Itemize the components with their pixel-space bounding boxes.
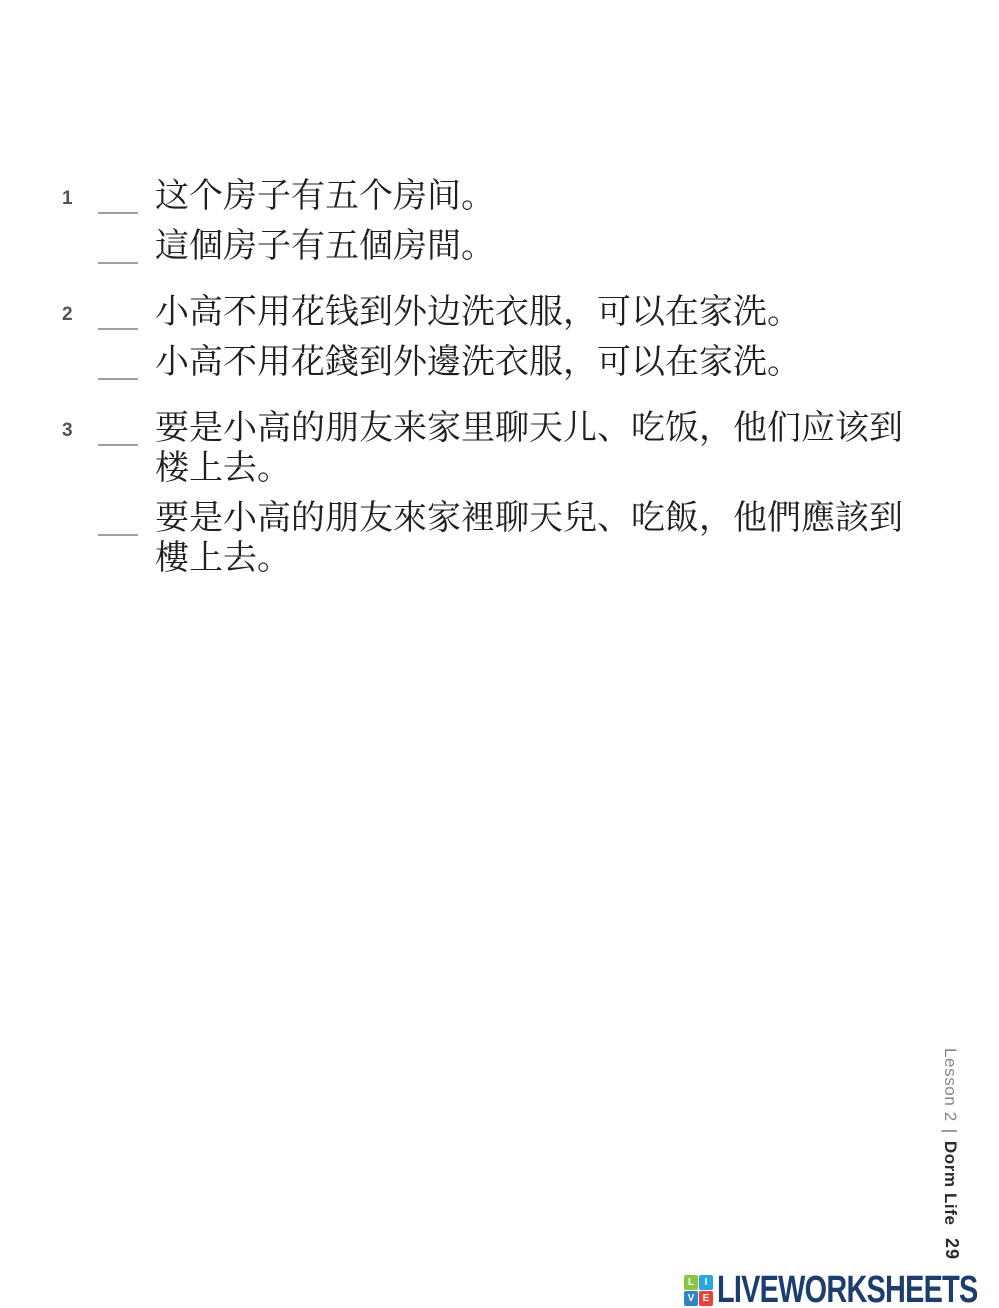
sentence-row-traditional: 要是小高的朋友來家裡聊天兒、吃飯，他們應該到樓上去。	[62, 498, 932, 578]
sentence-row-traditional: 小高不用花錢到外邊洗衣服，可以在家洗。	[62, 342, 932, 382]
liveworksheets-logo[interactable]: L I V E LIVEWORKSHEETS	[684, 1269, 999, 1308]
item-number-spacer	[62, 342, 98, 354]
sentence-traditional: 小高不用花錢到外邊洗衣服，可以在家洗。	[155, 342, 915, 382]
sentence-simplified: 要是小高的朋友来家里聊天儿、吃饭，他们应该到楼上去。	[155, 408, 915, 488]
sentence-simplified: 小高不用花钱到外边洗衣服，可以在家洗。	[155, 292, 915, 332]
item-number-spacer	[62, 498, 98, 510]
lesson-label: Lesson 2|Dorm Life	[940, 1048, 960, 1226]
logo-tile-l: L	[684, 1275, 698, 1290]
logo-tile-v: V	[684, 1291, 698, 1306]
sentence-traditional: 這個房子有五個房間。	[155, 226, 915, 266]
item-number-spacer	[62, 226, 98, 238]
answer-blank[interactable]	[98, 226, 138, 264]
liveworksheets-wordmark: LIVEWORKSHEETS	[717, 1269, 978, 1308]
exercise-item-2: 2 小高不用花钱到外边洗衣服，可以在家洗。 小高不用花錢到外邊洗衣服，可以在家洗…	[62, 292, 932, 382]
item-number: 3	[62, 408, 98, 442]
logo-tile-e: E	[699, 1291, 713, 1306]
item-number: 2	[62, 292, 98, 326]
lesson-number: Lesson 2	[941, 1048, 960, 1122]
sentence-row-traditional: 這個房子有五個房間。	[62, 226, 932, 266]
sentence-row-simplified: 3 要是小高的朋友来家里聊天儿、吃饭，他们应该到楼上去。	[62, 408, 932, 488]
sentence-traditional: 要是小高的朋友來家裡聊天兒、吃飯，他們應該到樓上去。	[155, 498, 915, 578]
lesson-title: Dorm Life	[941, 1141, 960, 1226]
answer-blank[interactable]	[98, 498, 138, 536]
sentence-row-simplified: 1 这个房子有五个房间。	[62, 176, 932, 216]
exercise-item-3: 3 要是小高的朋友来家里聊天儿、吃饭，他们应该到楼上去。 要是小高的朋友來家裡聊…	[62, 408, 932, 578]
answer-blank[interactable]	[98, 408, 138, 446]
worksheet-page: 1 这个房子有五个房间。 這個房子有五個房間。 2 小高不用花钱到外边洗衣服，可…	[0, 0, 999, 1308]
sentence-simplified: 这个房子有五个房间。	[155, 176, 915, 216]
liveworksheets-grid-icon: L I V E	[684, 1275, 713, 1306]
answer-blank[interactable]	[98, 292, 138, 330]
answer-blank[interactable]	[98, 176, 138, 214]
exercise-item-1: 1 这个房子有五个房间。 這個房子有五個房間。	[62, 176, 932, 266]
lesson-separator: |	[941, 1129, 960, 1134]
sentence-row-simplified: 2 小高不用花钱到外边洗衣服，可以在家洗。	[62, 292, 932, 332]
answer-blank[interactable]	[98, 342, 138, 380]
exercise-list: 1 这个房子有五个房间。 這個房子有五個房間。 2 小高不用花钱到外边洗衣服，可…	[62, 176, 932, 604]
item-number: 1	[62, 176, 98, 210]
page-number: 29	[941, 1238, 962, 1260]
logo-tile-i: I	[699, 1275, 713, 1290]
